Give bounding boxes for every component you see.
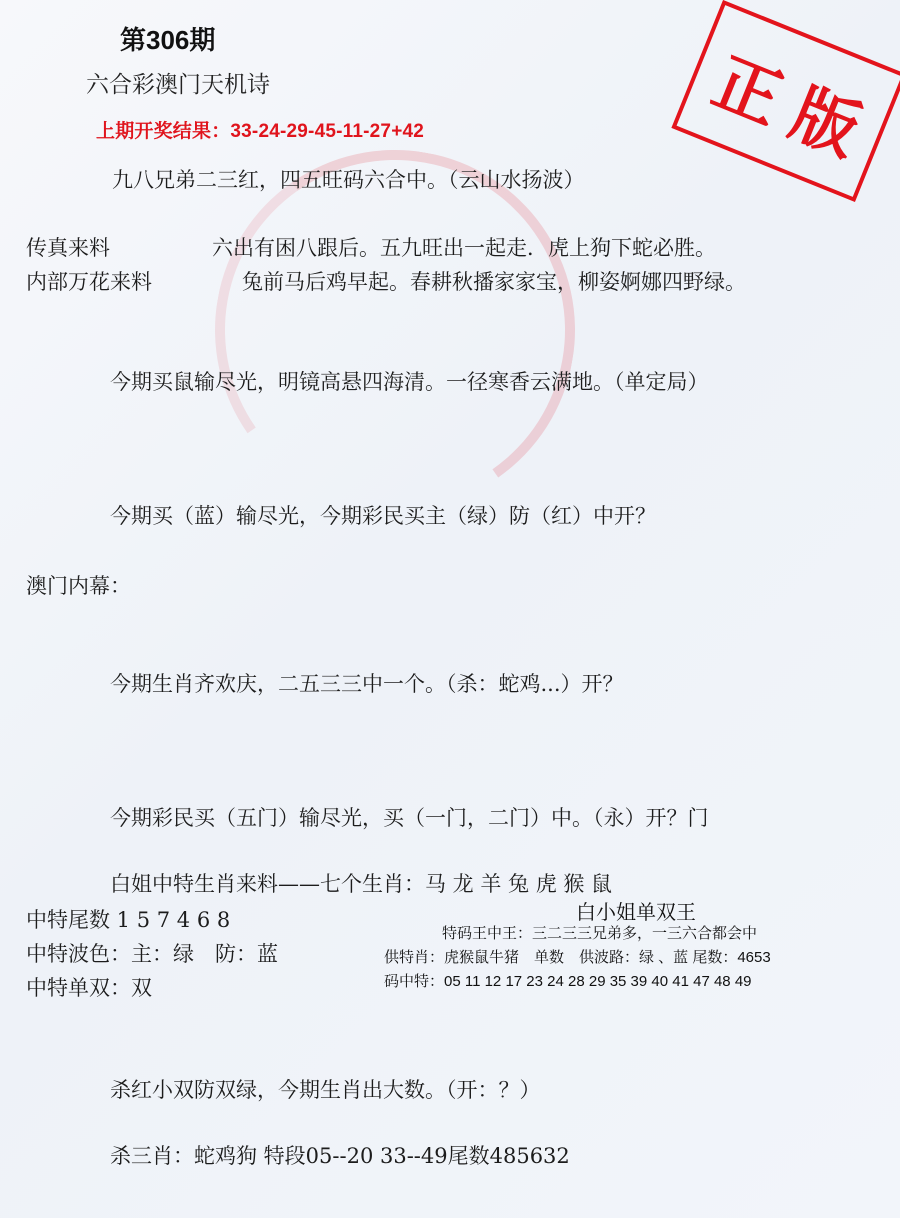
stamp-char-2: 版 xyxy=(780,60,877,173)
authentic-stamp-icon: 正 版 xyxy=(671,0,900,202)
bai-box-king: 特码王中王：三二三三兄弟多，一三六合都会中 xyxy=(442,922,757,943)
gates-line: 今期彩民买（五门）输尽光，买（一门，二门）中。（永）开？门 xyxy=(110,802,709,832)
fax-label: 传真来料 xyxy=(26,232,110,262)
bai-box-codes: 码中特：05 11 12 17 23 24 28 29 35 39 40 41 … xyxy=(384,970,752,991)
mouse-line: 今期买鼠输尽光，明镜高悬四海清。一径寒香云满地。（单定局） xyxy=(110,366,709,396)
page-subtitle: 六合彩澳门天机诗 xyxy=(86,66,270,99)
kill-red-line: 杀红小双防双绿，今期生肖出大数。（开：？） xyxy=(110,1074,541,1104)
issue-number: 第306期 xyxy=(120,20,215,57)
bai-box-title: 白小姐单双王 xyxy=(576,896,696,925)
stamp-char-1: 正 xyxy=(702,29,799,142)
macau-inside-label: 澳门内幕： xyxy=(26,570,131,600)
internal-text: 兔前马后鸡早起。春耕秋播家家宝，柳姿婀娜四野绿。 xyxy=(242,266,746,296)
last-draw-result: 上期开奖结果：33-24-29-45-11-27+42 xyxy=(96,116,424,143)
internal-label: 内部万花来料 xyxy=(26,266,152,296)
special-wave: 中特波色：主：绿 防：蓝 xyxy=(26,938,278,968)
color-line: 今期买（蓝）输尽光，今期彩民买主（绿）防（红）中开？ xyxy=(110,500,656,530)
special-tail: 中特尾数 1 5 7 4 6 8 xyxy=(26,904,230,934)
poem-line: 九八兄弟二三红，四五旺码六合中。（云山水扬波） xyxy=(112,164,585,194)
zodiac-line: 今期生肖齐欢庆，二五三三中一个。（杀：蛇鸡...）开？ xyxy=(110,668,624,698)
fax-text: 六出有困八跟后。五九旺出一起走．虎上狗下蛇必胜。 xyxy=(212,232,716,262)
special-odd-even: 中特单双：双 xyxy=(26,972,152,1002)
kill-three-line: 杀三肖：蛇鸡狗 特段05--20 33--49尾数485632 xyxy=(110,1140,570,1170)
bai-box-supply: 供特肖：虎猴鼠牛猪 单数 供波路：绿 、蓝 尾数：4653 xyxy=(384,946,771,967)
seven-zodiac-line: 白姐中特生肖来料——七个生肖：马 龙 羊 兔 虎 猴 鼠 xyxy=(110,868,612,898)
